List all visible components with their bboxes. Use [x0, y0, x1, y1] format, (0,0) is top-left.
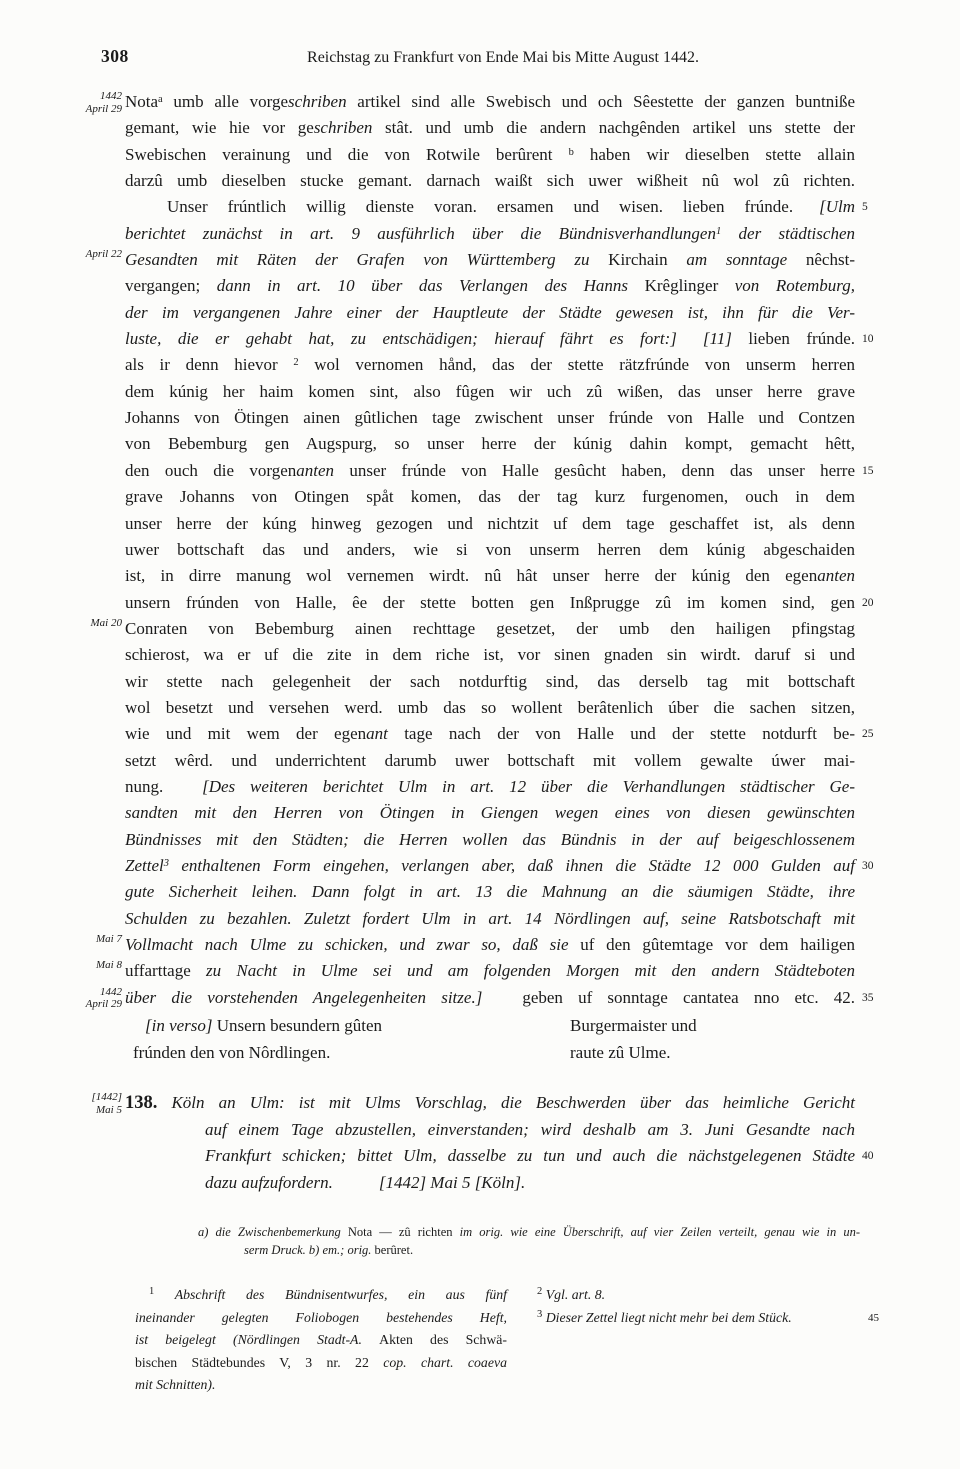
text-segment: den ouch die vorgen: [125, 461, 296, 480]
text-segment: haben wir dieselben stette allain: [574, 145, 855, 164]
text-line: setzt wêrd. und underrichtent darumb uwe…: [125, 748, 855, 774]
text-segment: nung.: [125, 777, 178, 796]
text-line: [1442]Mai 5138. Köln an Ulm: ist mit Ulm…: [125, 1090, 855, 1117]
text-segment: als ir denn hievor: [125, 355, 293, 374]
margin-date-line: Mai 5: [50, 1104, 122, 1117]
text-segment: wol besetzt und versehen werd. umb das s…: [125, 698, 855, 717]
text-segment: Kirchain: [608, 250, 667, 269]
line-number: 30: [862, 853, 896, 879]
apparatus-notes-ab: a) die Zwischenbemerkung Nota — zû richt…: [198, 1223, 860, 1259]
text-line: wie und mit wem der egenant tage nach de…: [125, 721, 855, 747]
text-segment: Krêglinger: [645, 276, 719, 295]
text-segment: Köln an Ulm: ist mit Ulms Vorschlag, die…: [157, 1093, 855, 1112]
signature-line: Burgermaister und: [570, 1012, 800, 1039]
text-segment: cop. chart. coaeva: [383, 1355, 507, 1370]
margin-date-line: April 22: [50, 248, 122, 261]
text-segment: Akten des Schwä-: [379, 1332, 507, 1347]
text-gap: [178, 791, 202, 792]
text-segment: darzû umb dieselben stucke gemant. darna…: [125, 171, 855, 190]
text-line: [in verso] Unsern besundern gûten: [125, 1012, 485, 1039]
text-line: Frankfurt schicken; bittet Ulm, dasselbe…: [125, 1143, 855, 1170]
text-segment: gute Sicherheit leihen. Dann folgt in ar…: [125, 882, 855, 901]
text-segment: Swebischen verainung und die von Rotwile…: [125, 145, 569, 164]
text-segment: wir stette nach gelegenheit der sach not…: [125, 672, 855, 691]
text-line: berichtet zunächst in art. 9 ausführlich…: [125, 221, 855, 247]
text-line: 1442April 29Notaa umb alle vorgeschriben…: [125, 89, 855, 115]
footnote-column-right: 2 Vgl. art. 8.3 Dieser Zettel liegt nich…: [523, 1284, 868, 1329]
text-segment: [Des weiteren berichtet Ulm in art. 12 ü…: [202, 777, 855, 796]
text-segment: sandten mit den Herren von Ötingen in Gi…: [125, 803, 855, 822]
line-number: 45: [868, 1307, 902, 1330]
text-segment: am sonntage: [668, 250, 806, 269]
text-segment: grave Johanns von Otingen spåt komen, da…: [125, 487, 855, 506]
text-segment: berûret.: [375, 1243, 414, 1257]
text-segment: lieben frúnde.: [732, 329, 855, 348]
text-line: gute Sicherheit leihen. Dann folgt in ar…: [125, 879, 855, 905]
text-line: unser herre der kúng hinweg gezogen und …: [125, 511, 855, 537]
text-line: grave Johanns von Otingen spåt komen, da…: [125, 484, 855, 510]
text-segment: uf den gûtemtage vor dem hailigen: [580, 935, 855, 954]
text-segment: [11]: [703, 329, 732, 348]
text-segment: [in verso]: [145, 1016, 213, 1035]
page-number: 308: [101, 46, 129, 67]
text-line: serm Druck. b) em.; orig. berûret.: [198, 1241, 860, 1259]
text-segment: schriben: [288, 92, 347, 111]
line-number: 35: [862, 985, 896, 1011]
margin-date-line: April 29: [50, 103, 122, 116]
text-segment: die Zwischenbemerkung: [216, 1225, 348, 1239]
text-line: ist beigelegt (Nördlingen Stadt-A. Akten…: [135, 1329, 507, 1352]
line-number: 15: [862, 458, 896, 484]
text-segment: Abschrift des Bündnisentwurfes, ein aus …: [154, 1287, 507, 1302]
text-segment: umb alle vorge: [163, 92, 288, 111]
text-segment: mit Schnitten).: [135, 1377, 215, 1392]
text-segment: 138.: [125, 1093, 157, 1113]
text-line: auf einem Tage abzustellen, einverstande…: [125, 1117, 855, 1144]
text-gap: [677, 343, 703, 344]
text-line: bischen Städtebundes V, 3 nr. 22 cop. ch…: [135, 1352, 507, 1375]
text-line: Mai 8uffarttage zu Nacht in Ulme sei und…: [125, 958, 855, 984]
text-segment: Vgl. art. 8.: [542, 1287, 605, 1302]
margin-date-note: Mai 20: [50, 617, 122, 630]
text-segment: dem kúnig her haim komen sint, also fûge…: [125, 382, 855, 401]
text-segment: luste, die er gehabt hat, zu entschädige…: [125, 329, 677, 348]
text-segment: bischen Städtebundes V, 3 nr. 22: [135, 1355, 383, 1370]
text-line: Zettel3 enthaltenen Form eingehen, verla…: [125, 853, 855, 879]
text-line: dem kúnig her haim komen sint, also fûge…: [125, 379, 855, 405]
text-line: frúnden den von Nôrdlingen.: [125, 1039, 485, 1066]
text-segment: Frankfurt schicken; bittet Ulm, dasselbe…: [205, 1146, 855, 1165]
text-segment: wol vernomen hånd, das der stette rätzfr…: [299, 355, 855, 374]
text-line: vergangen; dann in art. 10 über das Verl…: [125, 273, 855, 299]
text-line: unsern frúnden von Halle, êe der stette …: [125, 590, 855, 616]
text-segment: enthaltenen Form eingehen, verlangen abe…: [169, 856, 855, 875]
signature-block: Burgermaister und raute zû Ulme.: [570, 1012, 800, 1066]
text-segment: im orig. wie eine Überschrift, auf vier …: [460, 1225, 860, 1239]
text-segment: [Ulm: [819, 197, 855, 216]
text-segment: Bündnisses mit den Städten; die Herren w…: [125, 830, 855, 849]
text-segment: stât. und umb die andern nachgênden arti…: [372, 118, 855, 137]
running-head-title: Reichstag zu Frankfurt von Ende Mai bis …: [203, 49, 803, 67]
text-segment: Nota — zû richten: [348, 1225, 460, 1239]
margin-date-note: 1442April 29: [50, 986, 122, 1012]
text-gap: [793, 211, 819, 212]
scanned-document-page: 308 Reichstag zu Frankfurt von Ende Mai …: [0, 0, 960, 1469]
text-segment: Dieser Zettel liegt nicht mehr bei dem S…: [542, 1310, 791, 1325]
text-segment: a): [198, 1225, 216, 1239]
text-line: 3 Dieser Zettel liegt nicht mehr bei dem…: [523, 1307, 868, 1330]
text-gap: [333, 1187, 379, 1188]
margin-date-line: 1442: [50, 986, 122, 999]
text-line: 1 Abschrift des Bündnisentwurfes, ein au…: [135, 1284, 507, 1307]
text-segment: anten: [296, 461, 334, 480]
text-line: wol besetzt und versehen werd. umb das s…: [125, 695, 855, 721]
text-segment: Conraten von Bebemburg ainen rechttage g…: [125, 619, 855, 638]
text-segment: ist, in dirre manung wol vernemen wirdt.…: [125, 566, 817, 585]
text-line: ineinander gelegten Foliobogen bestehend…: [135, 1307, 507, 1330]
text-line: mit Schnitten).: [135, 1374, 507, 1397]
text-line: von Bebemburg gen Augspurg, so unser her…: [125, 431, 855, 457]
text-line: als ir denn hievor 2 wol vernomen hånd, …: [125, 352, 855, 378]
text-segment: em.; orig.: [322, 1243, 374, 1257]
text-segment: Schulden zu bezahlen. Zuletzt fordert Ul…: [125, 909, 855, 928]
margin-date-note: Mai 7: [50, 933, 122, 946]
line-number: 40: [862, 1143, 896, 1169]
text-line: Bündnisses mit den Städten; die Herren w…: [125, 827, 855, 853]
text-line: a) die Zwischenbemerkung Nota — zû richt…: [198, 1223, 860, 1241]
text-line: nung. [Des weiteren berichtet Ulm in art…: [125, 774, 855, 800]
text-segment: Unser frúntlich willig dienste voran. er…: [167, 197, 793, 216]
text-segment: unsern frúnden von Halle, êe der stette …: [125, 593, 855, 612]
text-segment: nêchst-: [806, 250, 855, 269]
text-line: Schulden zu bezahlen. Zuletzt fordert Ul…: [125, 906, 855, 932]
text-segment: über die vorstehenden Angelegenheiten si…: [125, 988, 482, 1007]
text-segment: Gesandten mit Räten der Grafen von Württ…: [125, 250, 608, 269]
margin-date-line: Mai 7: [50, 933, 122, 946]
text-line: ist, in dirre manung wol vernemen wirdt.…: [125, 563, 855, 589]
text-line: luste, die er gehabt hat, zu entschädige…: [125, 326, 855, 352]
text-line: sandten mit den Herren von Ötingen in Gi…: [125, 800, 855, 826]
text-segment: geben uf sonntage cantatea nno etc. 42.: [522, 988, 855, 1007]
text-segment: Vollmacht nach Ulme zu schicken, und zwa…: [125, 935, 580, 954]
text-segment: unser herre der kúng hinweg gezogen und …: [125, 514, 855, 533]
margin-date-line: [1442]: [50, 1091, 122, 1104]
text-line: Mai 20Conraten von Bebemburg ainen recht…: [125, 616, 855, 642]
text-segment: serm Druck.: [244, 1243, 309, 1257]
text-segment: Zettel: [125, 856, 164, 875]
text-segment: gemant, wie hie vor ge: [125, 118, 314, 137]
line-number: 10: [862, 326, 896, 352]
margin-date-note: April 22: [50, 248, 122, 261]
line-number: 20: [862, 590, 896, 616]
text-line: April 22Gesandten mit Räten der Grafen v…: [125, 247, 855, 273]
main-text-block: 1442April 29Notaa umb alle vorgeschriben…: [125, 89, 855, 1011]
margin-date-note: Mai 8: [50, 959, 122, 972]
text-segment: uwer bottschaft das und anders, wie si v…: [125, 540, 855, 559]
text-segment: b): [309, 1243, 323, 1257]
text-segment: dazu aufzufordern.: [205, 1173, 333, 1192]
text-segment: tage nach der von Halle und der stette n…: [388, 724, 855, 743]
text-segment: anten: [817, 566, 855, 585]
margin-date-note: 1442April 29: [50, 90, 122, 116]
text-line: gemant, wie hie vor geschriben stât. und…: [125, 115, 855, 141]
text-segment: wie und mit wem der egen: [125, 724, 366, 743]
text-segment: Unsern besundern gûten: [213, 1016, 383, 1035]
text-segment: von Bebemburg gen Augspurg, so unser her…: [125, 434, 855, 453]
text-segment: Nota: [125, 92, 158, 111]
text-line: uwer bottschaft das und anders, wie si v…: [125, 537, 855, 563]
signature-line: raute zû Ulme.: [570, 1039, 800, 1066]
text-line: schierost, wa er uf die zite in dem rich…: [125, 642, 855, 668]
line-number: 25: [862, 721, 896, 747]
text-line: dazu aufzufordern.[1442] Mai 5 [Köln].: [125, 1170, 855, 1197]
text-line: Unser frúntlich willig dienste voran. er…: [125, 194, 855, 220]
text-segment: auf einem Tage abzustellen, einverstande…: [205, 1120, 855, 1139]
text-line: den ouch die vorgenanten unser frúnde vo…: [125, 458, 855, 484]
margin-date-line: Mai 20: [50, 617, 122, 630]
text-segment: ant: [366, 724, 388, 743]
text-line: Mai 7Vollmacht nach Ulme zu schicken, un…: [125, 932, 855, 958]
text-segment: von Rotemburg,: [718, 276, 855, 295]
margin-date-line: April 29: [50, 998, 122, 1011]
text-line: Johanns von Ötingen ainen gûtlichen tage…: [125, 405, 855, 431]
margin-date-note: [1442]Mai 5: [50, 1091, 122, 1117]
text-segment: schierost, wa er uf die zite in dem rich…: [125, 645, 855, 664]
text-segment: berichtet zunächst in art. 9 ausführlich…: [125, 224, 716, 243]
regest-entry-138: [1442]Mai 5138. Köln an Ulm: ist mit Ulm…: [125, 1090, 855, 1196]
text-segment: frúnden den von Nôrdlingen.: [133, 1043, 330, 1062]
text-segment: setzt wêrd. und underrichtent darumb uwe…: [125, 751, 855, 770]
text-line: darzû umb dieselben stucke gemant. darna…: [125, 168, 855, 194]
text-segment: vergangen;: [125, 276, 217, 295]
text-line: wir stette nach gelegenheit der sach not…: [125, 669, 855, 695]
margin-date-line: 1442: [50, 90, 122, 103]
margin-date-line: Mai 8: [50, 959, 122, 972]
text-segment: dann in art. 10 über das Verlangen des H…: [217, 276, 645, 295]
text-line: der im vergangenen Jahre einer der Haupt…: [125, 300, 855, 326]
text-segment: [1442] Mai 5 [Köln].: [379, 1173, 525, 1192]
text-line: 1442April 29über die vorstehenden Angele…: [125, 985, 855, 1011]
line-number: 5: [862, 194, 896, 220]
text-segment: der städtischen: [721, 224, 855, 243]
address-block: [in verso] Unsern besundern gûtenfrúnden…: [125, 1012, 485, 1066]
text-line: 2 Vgl. art. 8.: [523, 1284, 868, 1307]
text-segment: ist beigelegt (Nördlingen Stadt-A.: [135, 1332, 379, 1347]
text-segment: schriben: [314, 118, 373, 137]
text-gap: [482, 1002, 522, 1003]
text-segment: zu Nacht in Ulme sei und am folgenden Mo…: [206, 961, 855, 980]
text-line: Swebischen verainung und die von Rotwile…: [125, 142, 855, 168]
text-segment: uffarttage: [125, 961, 206, 980]
footnote-column-left: 1 Abschrift des Bündnisentwurfes, ein au…: [135, 1284, 507, 1397]
text-segment: der im vergangenen Jahre einer der Haupt…: [125, 303, 855, 322]
text-segment: artikel sind alle Swebisch und och Sêest…: [347, 92, 855, 111]
text-segment: unser frúnde von Halle gesûcht haben, de…: [334, 461, 855, 480]
text-segment: Johanns von Ötingen ainen gûtlichen tage…: [125, 408, 855, 427]
text-segment: ineinander gelegten Foliobogen bestehend…: [135, 1310, 507, 1325]
